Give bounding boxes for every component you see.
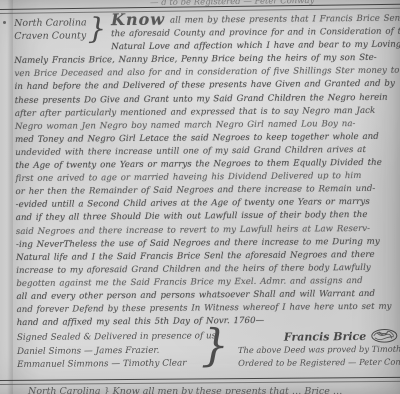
- bottom-divider-rule: [0, 377, 400, 385]
- margin-speck: [3, 21, 6, 24]
- grantor-signature: Francis Brice: [284, 330, 367, 344]
- signature-block: Signed Sealed & Delivered in presence of…: [17, 329, 400, 373]
- witness-column: Signed Sealed & Delivered in presence of…: [17, 331, 201, 373]
- wax-seal-scribble: [371, 329, 398, 343]
- attestation-line: Signed Sealed & Delivered in presence of…: [17, 331, 201, 346]
- deed-body: North Carolina Craven County } Knowall m…: [14, 13, 400, 373]
- grantor-column: Francis Brice The above Deed was proved …: [232, 329, 400, 371]
- clerk-note-line: Ordered to be Registered — Peter Conway …: [232, 356, 400, 371]
- page-gutter-edge: [0, 0, 13, 394]
- document-scan: — d to be Registered — Peter Conway Nort…: [0, 0, 400, 394]
- next-entry-fragment: North Carolina } Know all men by these p…: [28, 386, 342, 394]
- signature-row: Francis Brice: [232, 329, 400, 345]
- opening-word: Know: [111, 15, 165, 25]
- signature-brace: }: [201, 325, 229, 370]
- witness-names: Emmanuel Simmons — Timothy Clear: [17, 357, 201, 372]
- deed-text: all men by these presents that I Francis…: [170, 13, 400, 25]
